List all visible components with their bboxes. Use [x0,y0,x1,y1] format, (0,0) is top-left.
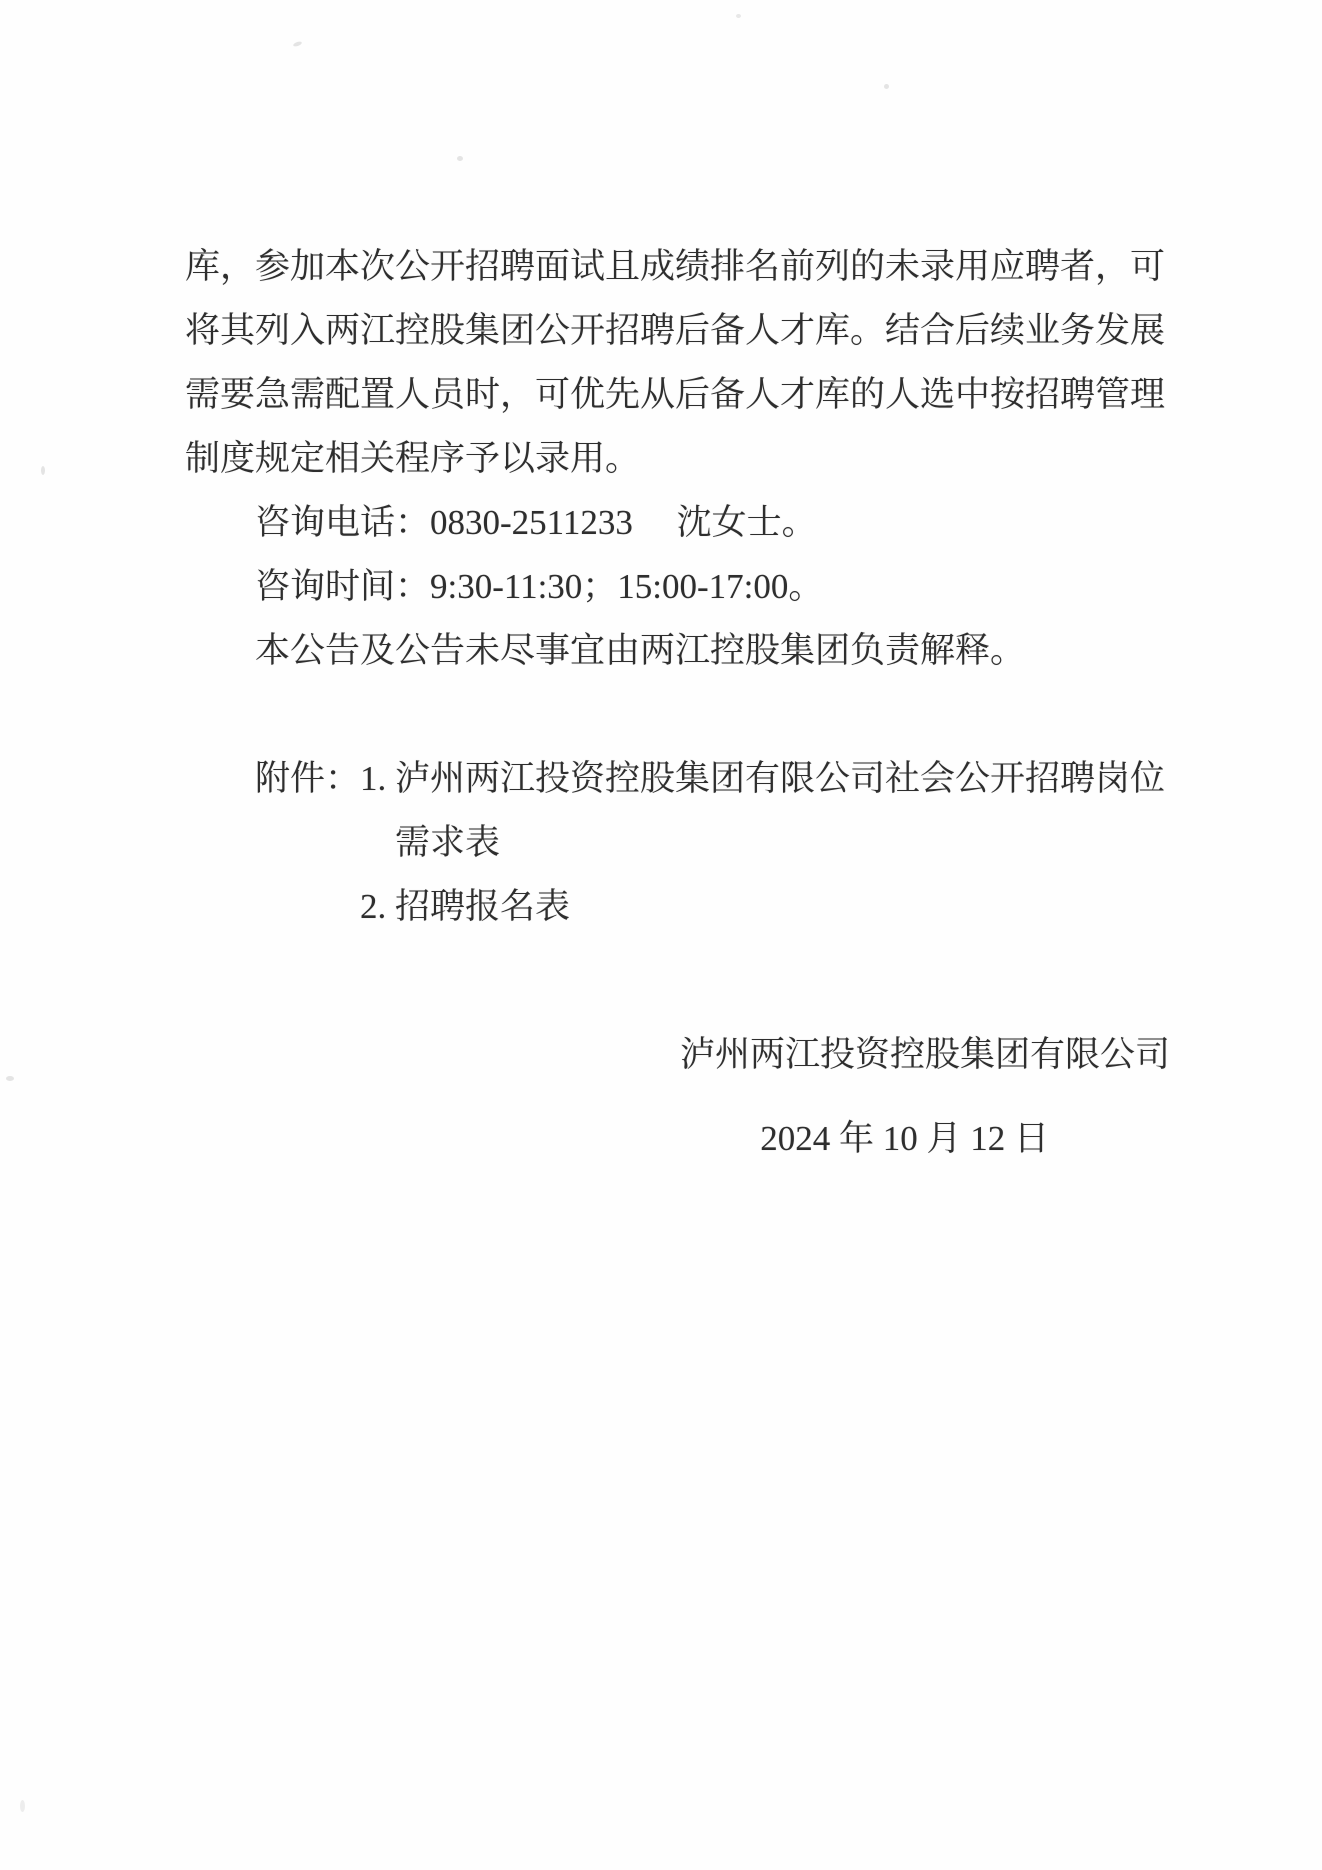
attachment-item1-continuation: 需求表 [185,811,1170,875]
scan-speck [293,41,303,48]
signature-date: 2024 年 10 月 12 日 [185,1107,1170,1171]
body-line-2: 将其列入两江控股集团公开招聘后备人才库。结合后续业务发展 [185,299,1170,363]
contact-time-line: 咨询时间：9:30-11:30；15:00-17:00。 [185,555,1170,619]
interpretation-line: 本公告及公告未尽事宜由两江控股集团负责解释。 [185,619,1170,683]
contact-phone-line: 咨询电话：0830-2511233 沈女士。 [185,491,1170,555]
scan-speck [41,466,45,475]
attachment-line-1: 附件：1. 泸州两江投资控股集团有限公司社会公开招聘岗位 [185,747,1170,811]
scan-speck [457,156,463,161]
body-line-3: 需要急需配置人员时，可优先从后备人才库的人选中按招聘管理 [185,363,1170,427]
signature-company: 泸州两江投资控股集团有限公司 [185,1023,1170,1087]
scan-speck [6,1076,14,1081]
scanned-document-page: 库，参加本次公开招聘面试且成绩排名前列的未录用应聘者，可 将其列入两江控股集团公… [0,0,1322,1870]
scan-speck [884,84,889,89]
text-block: 库，参加本次公开招聘面试且成绩排名前列的未录用应聘者，可 将其列入两江控股集团公… [185,235,1170,1171]
attachment-item2: 2. 招聘报名表 [185,875,1170,939]
attachment-label: 附件： [255,759,360,798]
body-line-1: 库，参加本次公开招聘面试且成绩排名前列的未录用应聘者，可 [185,235,1170,299]
scan-speck [736,14,741,18]
blank-line [185,683,1170,747]
attachment-item1-text: 1. 泸州两江投资控股集团有限公司社会公开招聘岗位 [360,759,1165,798]
body-line-4: 制度规定相关程序予以录用。 [185,427,1170,491]
blank-line [185,939,1170,1003]
scan-speck [20,1800,25,1812]
